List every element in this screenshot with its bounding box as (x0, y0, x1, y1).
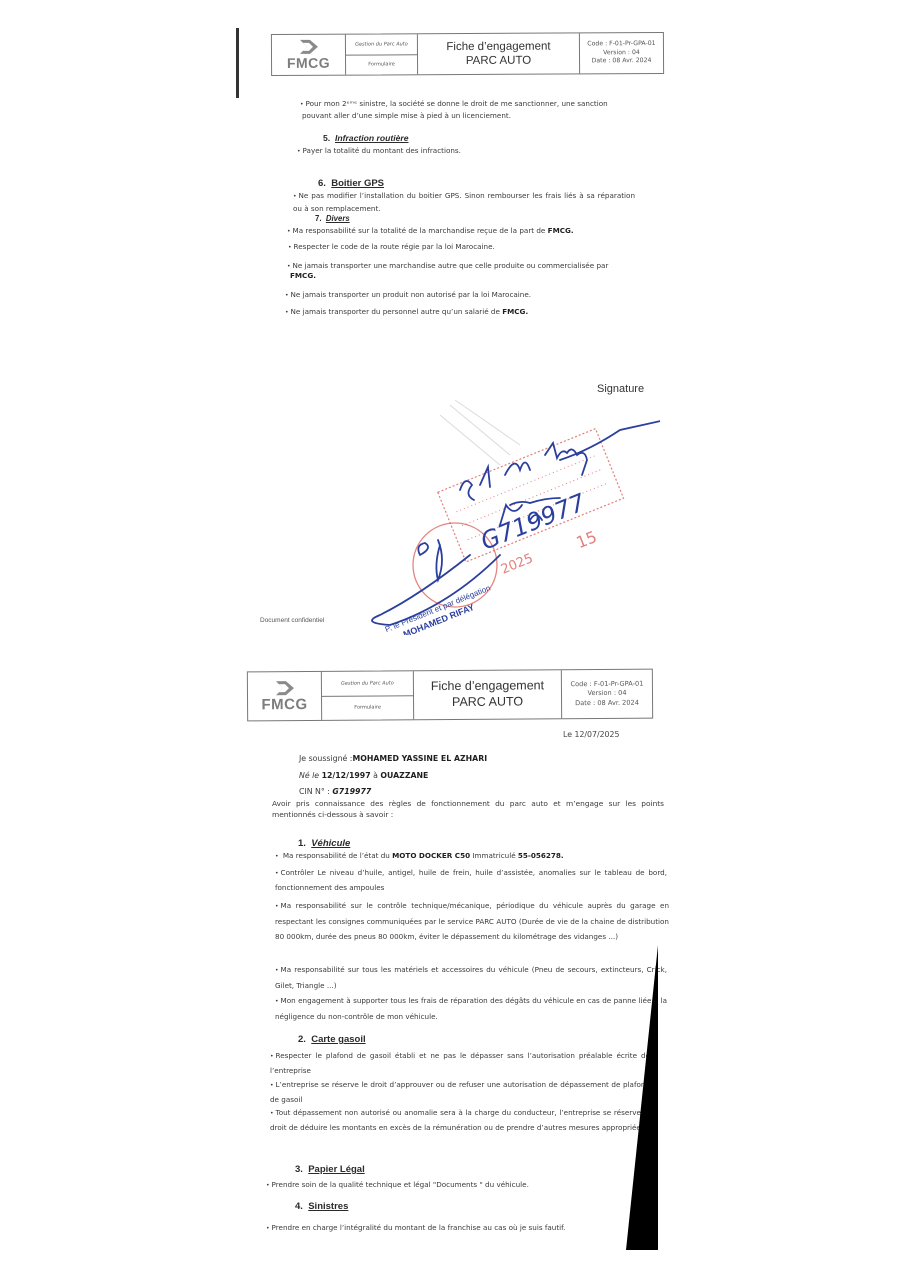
document-title: Fiche d’engagement PARC AUTO (414, 670, 562, 719)
doc-version: Version : 04 (603, 49, 640, 58)
section-5-bullet: Payer la totalité du montant des infract… (297, 145, 461, 158)
doc-type-label: Formulaire (346, 55, 417, 75)
vehicle-bullet-4: Ma responsabilité sur tous les matériels… (275, 962, 667, 993)
section-heading-3: 3. Papier Légal (295, 1164, 365, 1175)
confidential-footer: Document confidentiel (260, 617, 324, 624)
sinistres-bullet: Prendre en charge l’intégralité du monta… (266, 1222, 565, 1235)
document-title: Fiche d’engagement PARC AUTO (418, 33, 580, 74)
vehicle-bullet-2: Contrôler Le niveau d’huile, antigel, hu… (275, 866, 667, 895)
doc-version: Version : 04 (587, 689, 626, 699)
svg-text:2025: 2025 (499, 551, 535, 577)
signature-stamp: 2025 15 G719977 P. le Président et par d… (360, 395, 660, 635)
scan-edge-mark (236, 28, 239, 98)
fmcg-arrow-icon (273, 680, 295, 696)
section-7-bullet-5: Ne jamais transporter du personnel autre… (285, 306, 528, 319)
svg-text:G719977: G719977 (477, 488, 590, 556)
vehicle-bullet-3: Ma responsabilité sur le contrôle techni… (275, 898, 669, 944)
document-header-page2: FMCG Gestion du Parc Auto Formulaire Fic… (247, 669, 653, 722)
vehicle-bullet: Ma responsabilité de l’état du MOTO DOCK… (275, 850, 564, 863)
sinistre-text-2: pouvant aller d’une simple mise à pied à… (302, 110, 511, 122)
section-heading-5: 5. Infraction routière (323, 133, 409, 143)
undersigned-line: Je soussigné :MOHAMED YASSINE EL AZHARI (299, 753, 487, 765)
document-meta: Code : F-01-Pr-GPA-01 Version : 04 Date … (562, 670, 652, 719)
gasoil-bullet-2: L’entreprise se réserve le droit d’appro… (270, 1078, 650, 1107)
section-7-bullet-4: Ne jamais transporter un produit non aut… (285, 289, 531, 302)
section-heading-6: 6. Boitier GPS (318, 178, 384, 189)
svg-text:15: 15 (574, 527, 600, 552)
section-6-bullet: Ne pas modifier l’installation du boitie… (293, 190, 635, 215)
gasoil-bullet-3: Tout dépassement non autorisé ou anomali… (270, 1106, 650, 1135)
logo-text: FMCG (287, 55, 330, 71)
doc-date: Date : 08 Avr. 2024 (592, 58, 652, 67)
document-date: Le 12/07/2025 (563, 730, 619, 739)
doc-type-label: Formulaire (322, 696, 413, 720)
logo-text: FMCG (261, 695, 307, 712)
section-7-bullet-2: Respecter le code de la route régie par … (288, 241, 495, 254)
section-heading-4: 4. Sinistres (295, 1201, 348, 1212)
gasoil-bullet-1: Respecter le plafond de gasoil établi et… (270, 1049, 650, 1078)
section-7-bullet-3: Ne jamais transporter une marchandise au… (287, 260, 608, 273)
section-7-bullet-3-company: FMCG. (290, 270, 316, 282)
department-label: Gestion du Parc Auto (322, 671, 413, 696)
company-logo: FMCG (248, 672, 322, 721)
intro-paragraph: Avoir pris connaissance des règles de fo… (272, 798, 664, 820)
signature-label: Signature (597, 383, 644, 395)
department-label: Gestion du Parc Auto (346, 34, 417, 55)
birth-line: Né le 12/12/1997 à OUAZZANE (299, 770, 428, 782)
doc-date: Date : 08 Avr. 2024 (575, 698, 639, 708)
papier-bullet: Prendre soin de la qualité technique et … (266, 1179, 529, 1192)
doc-code: Code : F-01-Pr-GPA-01 (587, 40, 655, 49)
section-heading-1: 1. Véhicule (298, 838, 350, 849)
vehicle-bullet-5: Mon engagement à supporter tous les frai… (275, 993, 667, 1024)
document-meta: Code : F-01-Pr-GPA-01 Version : 04 Date … (580, 33, 663, 73)
section-7-bullet-1: Ma responsabilité sur la totalité de la … (287, 225, 574, 238)
company-logo: FMCG (272, 35, 346, 75)
fmcg-arrow-icon (297, 39, 319, 55)
section-heading-7: 7. Divers (315, 214, 350, 223)
document-header-page1: FMCG Gestion du Parc Auto Formulaire Fic… (271, 32, 664, 76)
doc-code: Code : F-01-Pr-GPA-01 (570, 679, 643, 689)
cin-line: CIN N° : G719977 (299, 786, 371, 798)
section-heading-2: 2. Carte gasoil (298, 1034, 366, 1045)
scan-shadow (620, 860, 680, 1280)
